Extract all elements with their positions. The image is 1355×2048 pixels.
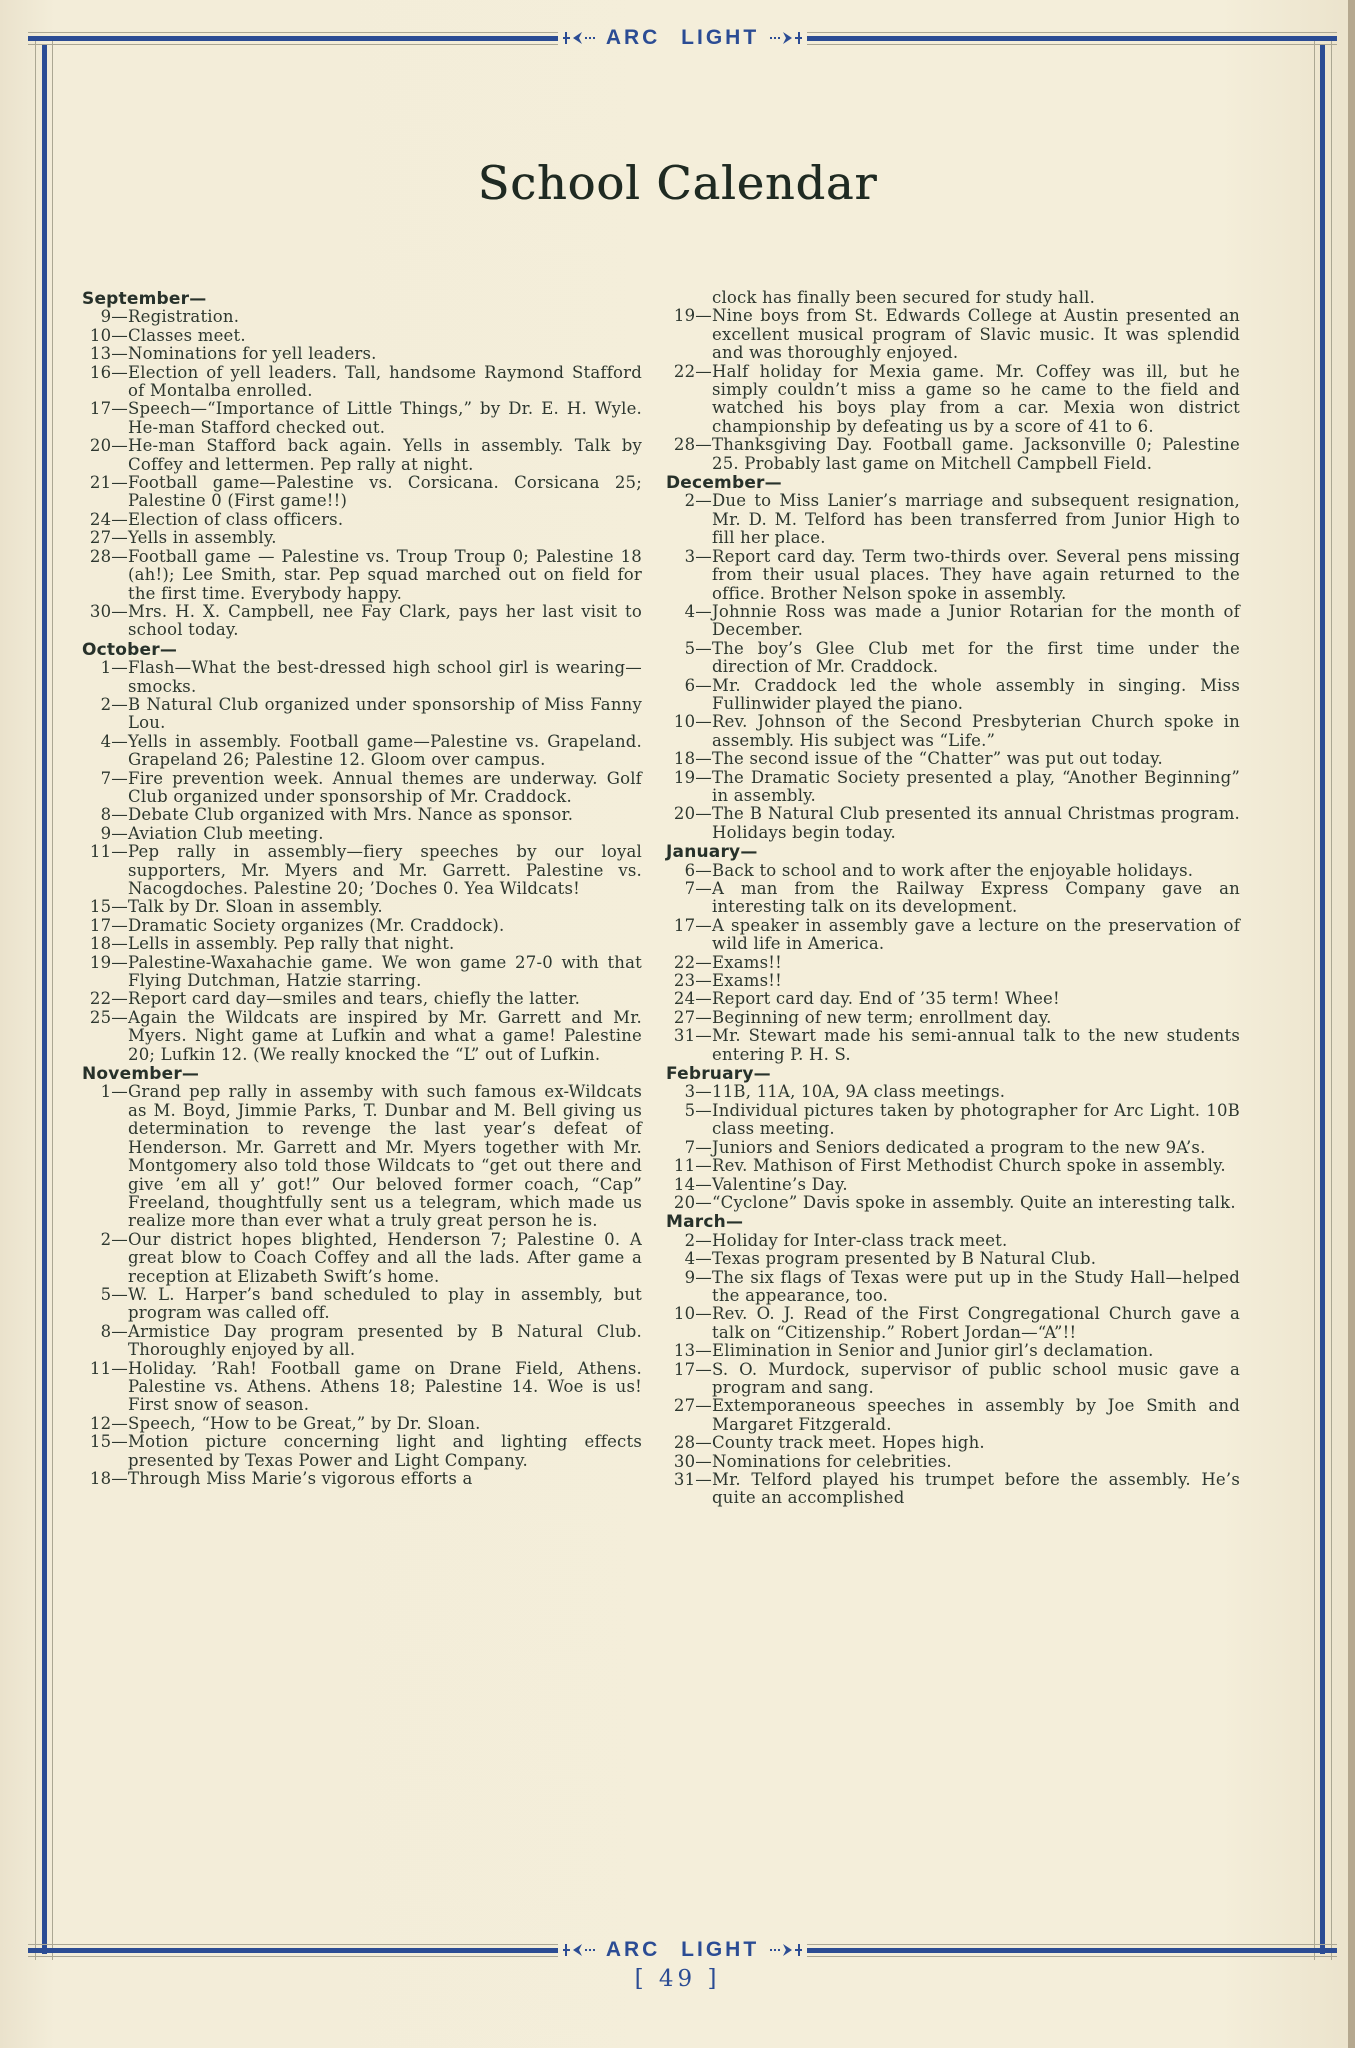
entry-day: 18— [82, 935, 128, 953]
month-heading: December— [666, 474, 1240, 492]
footer-rule-right [807, 1944, 1337, 1957]
entry-day: 30— [666, 1453, 712, 1471]
calendar-entry: 19—Nine boys from St. Edwards College at… [666, 307, 1240, 362]
entry-day: 2— [82, 696, 128, 714]
entry-text: Dramatic Society organizes (Mr. Craddock… [128, 916, 504, 935]
entry-text: Beginning of new term; enrollment day. [712, 1008, 1052, 1027]
entry-text: Palestine-Waxahachie game. We won game 2… [128, 953, 642, 990]
entry-day: 30— [82, 603, 128, 621]
entry-text: Yells in assembly. Football game—Palesti… [128, 732, 642, 769]
entry-text: Speech—“Importance of Little Things,” by… [128, 399, 642, 436]
entry-day: 6— [666, 677, 712, 695]
entry-text: Back to school and to work after the enj… [712, 861, 1193, 880]
calendar-entry: 24—Election of class officers. [82, 511, 642, 529]
entry-text: Pep rally in assembly—fiery speeches by … [128, 842, 642, 898]
calendar-column-right: clock has finally been secured for study… [666, 289, 1240, 1508]
entry-day: 7— [666, 880, 712, 898]
entry-text: Our district hopes blighted, Henderson 7… [128, 1230, 642, 1286]
entry-text: Report card day—smiles and tears, chiefl… [128, 989, 580, 1008]
entry-text: A man from the Railway Express Company g… [712, 879, 1240, 916]
entry-day: 28— [666, 436, 712, 454]
calendar-entry: 6—Back to school and to work after the e… [666, 862, 1240, 880]
entry-day: 18— [666, 750, 712, 768]
entry-text: Exams!! [712, 971, 782, 990]
month-section: September—9—Registration.10—Classes meet… [82, 290, 642, 640]
calendar-entry: 22—Half holiday for Mexia game. Mr. Coff… [666, 363, 1240, 437]
entry-text: Mr. Stewart made his semi-annual talk to… [712, 1026, 1240, 1063]
calendar-entry: 28—Football game — Palestine vs. Troup T… [82, 548, 642, 603]
entry-day: 20— [666, 805, 712, 823]
page-border-hairline-left-inner [52, 38, 53, 1960]
entry-day: 24— [666, 990, 712, 1008]
entry-text: Grand pep rally in assemby with such fam… [128, 1082, 642, 1230]
calendar-entry: 1—Flash—What the best-dressed high schoo… [82, 659, 642, 696]
entry-day: 28— [82, 548, 128, 566]
entry-text: Report card day. Term two-thirds over. S… [712, 547, 1240, 603]
entry-day: 31— [666, 1471, 712, 1489]
calendar-entry: 17—A speaker in assembly gave a lecture … [666, 917, 1240, 954]
entry-text: Talk by Dr. Sloan in assembly. [128, 897, 383, 916]
entry-day: 11— [666, 1157, 712, 1175]
entry-day: 7— [82, 770, 128, 788]
entry-text: Rev. O. J. Read of the First Congregatio… [712, 1304, 1240, 1341]
calendar-entry: 28—County track meet. Hopes high. [666, 1434, 1240, 1452]
header-title: ARC LIGHT [600, 26, 765, 50]
calendar-entry: 3—Report card day. Term two-thirds over.… [666, 548, 1240, 603]
entry-text: Texas program presented by B Natural Clu… [712, 1249, 1096, 1268]
calendar-entry: 31—Mr. Telford played his trumpet before… [666, 1471, 1240, 1508]
entry-day: 8— [82, 806, 128, 824]
calendar-entry: 31—Mr. Stewart made his semi-annual talk… [666, 1027, 1240, 1064]
entry-day: 20— [82, 437, 128, 455]
entry-text: Registration. [128, 307, 239, 326]
entry-text: Juniors and Seniors dedicated a program … [712, 1138, 1206, 1157]
entry-day: 9— [82, 825, 128, 843]
page-border-left [42, 44, 47, 1954]
calendar-entry: 3—11B, 11A, 10A, 9A class meetings. [666, 1083, 1240, 1101]
calendar-entry: 22—Report card day—smiles and tears, chi… [82, 990, 642, 1008]
header-rule-right [807, 32, 1337, 45]
entry-text: Report card day. End of ’35 term! Whee! [712, 989, 1060, 1008]
entry-text: The Dramatic Society presented a play, “… [712, 768, 1240, 805]
entry-text: Armistice Day program presented by B Nat… [128, 1322, 642, 1359]
entry-text: He-man Stafford back again. Yells in ass… [128, 436, 642, 473]
calendar-entry: 1—Grand pep rally in assemby with such f… [82, 1083, 642, 1230]
month-heading: September— [82, 290, 642, 308]
entry-text: Nominations for celebrities. [712, 1452, 952, 1471]
footer-rule-left [28, 1944, 558, 1957]
calendar-entry: 22—Exams!! [666, 954, 1240, 972]
entry-day: 17— [666, 917, 712, 935]
entry-day: 15— [82, 898, 128, 916]
entry-day: 16— [82, 364, 128, 382]
entry-text: Johnnie Ross was made a Junior Rotarian … [712, 602, 1240, 639]
calendar-entry: 18—The second issue of the “Chatter” was… [666, 750, 1240, 768]
entry-text: Motion picture concerning light and ligh… [128, 1432, 642, 1469]
footer-ornament-left-icon [562, 1942, 596, 1958]
calendar-entry: 4—Yells in assembly. Football game—Pales… [82, 733, 642, 770]
entry-text: Extemporaneous speeches in assembly by J… [712, 1396, 1240, 1433]
month-heading: February— [666, 1065, 1240, 1083]
entry-text: Election of yell leaders. Tall, handsome… [128, 363, 642, 400]
entry-text: clock has finally been secured for study… [712, 288, 1095, 307]
entry-text: Mrs. H. X. Campbell, nee Fay Clark, pays… [128, 602, 642, 639]
calendar-entry: 28—Thanksgiving Day. Football game. Jack… [666, 436, 1240, 473]
calendar-entry: 19—Palestine-Waxahachie game. We won gam… [82, 954, 642, 991]
header-ornament-right-icon [769, 30, 803, 46]
entry-day: 21— [82, 474, 128, 492]
entry-text: Election of class officers. [128, 510, 343, 529]
entry-text: W. L. Harper’s band scheduled to play in… [128, 1285, 642, 1322]
entry-text: Mr. Telford played his trumpet before th… [712, 1470, 1240, 1507]
entry-text: The second issue of the “Chatter” was pu… [712, 749, 1163, 768]
entry-day: 13— [82, 345, 128, 363]
entry-day: 19— [666, 307, 712, 325]
entry-day: 25— [82, 1009, 128, 1027]
calendar-entry: 11—Holiday. ’Rah! Football game on Drane… [82, 1360, 642, 1415]
entry-day: 1— [82, 659, 128, 677]
calendar-entry: 7—Fire prevention week. Annual themes ar… [82, 770, 642, 807]
calendar-entry: 20—“Cyclone” Davis spoke in assembly. Qu… [666, 1194, 1240, 1212]
entry-day: 2— [82, 1231, 128, 1249]
calendar-entry: 25—Again the Wildcats are inspired by Mr… [82, 1009, 642, 1064]
calendar-entry: 7—Juniors and Seniors dedicated a progra… [666, 1139, 1240, 1157]
month-section: December—2—Due to Miss Lanier’s marriage… [666, 474, 1240, 842]
month-heading: January— [666, 843, 1240, 861]
entry-day: 4— [666, 1250, 712, 1268]
calendar-entry: 15—Motion picture concerning light and l… [82, 1433, 642, 1470]
page-border-hairline-left-outer [35, 38, 36, 1960]
entry-day: 22— [666, 363, 712, 381]
entry-day: 5— [666, 1102, 712, 1120]
entry-day: 22— [666, 954, 712, 972]
calendar-entry: 4—Johnnie Ross was made a Junior Rotaria… [666, 603, 1240, 640]
entry-day: 12— [82, 1415, 128, 1433]
month-section: October—1—Flash—What the best-dressed hi… [82, 641, 642, 1064]
entry-text: The boy’s Glee Club met for the first ti… [712, 639, 1240, 676]
entry-text: S. O. Murdock, supervisor of public scho… [712, 1360, 1240, 1397]
entry-text: Through Miss Marie’s vigorous efforts a [128, 1469, 473, 1488]
calendar-entry: 18—Through Miss Marie’s vigorous efforts… [82, 1470, 642, 1488]
entry-day: 20— [666, 1194, 712, 1212]
month-section: February—3—11B, 11A, 10A, 9A class meeti… [666, 1065, 1240, 1212]
entry-day: 27— [666, 1009, 712, 1027]
calendar-entry: 10—Classes meet. [82, 327, 642, 345]
entry-day: 2— [666, 492, 712, 510]
calendar-column-left: September—9—Registration.10—Classes meet… [82, 289, 642, 1508]
entry-day: 17— [82, 400, 128, 418]
calendar-entry: 23—Exams!! [666, 972, 1240, 990]
calendar-entry: 19—The Dramatic Society presented a play… [666, 769, 1240, 806]
entry-day: 23— [666, 972, 712, 990]
calendar-entry: 30—Mrs. H. X. Campbell, nee Fay Clark, p… [82, 603, 642, 640]
calendar-entry: 4—Texas program presented by B Natural C… [666, 1250, 1240, 1268]
calendar-entry: 11—Rev. Mathison of First Methodist Chur… [666, 1157, 1240, 1175]
scan-edge-shadow [1348, 0, 1355, 2048]
month-heading: November— [82, 1065, 642, 1083]
calendar-entry: 2—Due to Miss Lanier’s marriage and subs… [666, 492, 1240, 547]
entry-day: 27— [82, 529, 128, 547]
entry-day: 19— [666, 769, 712, 787]
entry-text: Yells in assembly. [128, 528, 277, 547]
calendar-entry: 10—Rev. Johnson of the Second Presbyteri… [666, 713, 1240, 750]
calendar-entry: 15—Talk by Dr. Sloan in assembly. [82, 898, 642, 916]
entry-day: 11— [82, 1360, 128, 1378]
entry-text: The six flags of Texas were put up in th… [712, 1268, 1240, 1305]
entry-day: 2— [666, 1232, 712, 1250]
entry-text: Mr. Craddock led the whole assembly in s… [712, 676, 1240, 713]
entry-text: Rev. Johnson of the Second Presbyterian … [712, 712, 1240, 749]
entry-day: 9— [666, 1269, 712, 1287]
calendar-entry: clock has finally been secured for study… [666, 289, 1240, 307]
entry-text: Half holiday for Mexia game. Mr. Coffey … [712, 362, 1240, 436]
page-border-right [1320, 44, 1325, 1954]
month-section: March—2—Holiday for Inter-class track me… [666, 1213, 1240, 1508]
calendar-entry: 17—Dramatic Society organizes (Mr. Cradd… [82, 917, 642, 935]
calendar-entry: 8—Armistice Day program presented by B N… [82, 1323, 642, 1360]
entry-day: 31— [666, 1027, 712, 1045]
month-section: January—6—Back to school and to work aft… [666, 843, 1240, 1064]
entry-day: 24— [82, 511, 128, 529]
entry-day: 28— [666, 1434, 712, 1452]
entry-day: 3— [666, 1083, 712, 1101]
entry-day: 17— [666, 1361, 712, 1379]
calendar-entry: 12—Speech, “How to be Great,” by Dr. Slo… [82, 1415, 642, 1433]
calendar-entry: 10—Rev. O. J. Read of the First Congrega… [666, 1305, 1240, 1342]
entry-day: 10— [666, 1305, 712, 1323]
calendar-entry: 5—The boy’s Glee Club met for the first … [666, 640, 1240, 677]
entry-text: Nominations for yell leaders. [128, 344, 377, 363]
entry-day: 5— [666, 640, 712, 658]
calendar-entry: 27—Extemporaneous speeches in assembly b… [666, 1397, 1240, 1434]
month-section: November—1—Grand pep rally in assemby wi… [82, 1065, 642, 1488]
calendar-entry: 5—Individual pictures taken by photograp… [666, 1102, 1240, 1139]
entry-text: Nine boys from St. Edwards College at Au… [712, 306, 1240, 362]
calendar-entry: 20—He-man Stafford back again. Yells in … [82, 437, 642, 474]
entry-text: Classes meet. [128, 326, 246, 345]
entry-day: 11— [82, 843, 128, 861]
entry-day: 10— [82, 327, 128, 345]
calendar-entry: 20—The B Natural Club presented its annu… [666, 805, 1240, 842]
footer-rule: ARC LIGHT [28, 1938, 1337, 1962]
entry-day: 3— [666, 548, 712, 566]
calendar-entry: 16—Election of yell leaders. Tall, hands… [82, 364, 642, 401]
calendar-entry: 21—Football game—Palestine vs. Corsicana… [82, 474, 642, 511]
entry-text: Rev. Mathison of First Methodist Church … [712, 1156, 1226, 1175]
entry-day: 15— [82, 1433, 128, 1451]
month-section: clock has finally been secured for study… [666, 289, 1240, 473]
calendar-entry: 30—Nominations for celebrities. [666, 1453, 1240, 1471]
entry-text: Again the Wildcats are inspired by Mr. G… [128, 1008, 642, 1064]
entry-day: 7— [666, 1139, 712, 1157]
entry-day: 1— [82, 1083, 128, 1101]
footer-title: ARC LIGHT [600, 1938, 765, 1962]
calendar-entry: 7—A man from the Railway Express Company… [666, 880, 1240, 917]
entry-text: Football game — Palestine vs. Troup Trou… [128, 547, 642, 603]
calendar-entry: 9—Registration. [82, 308, 642, 326]
entry-day: 10— [666, 713, 712, 731]
entry-day: 17— [82, 917, 128, 935]
calendar-entry: 24—Report card day. End of ’35 term! Whe… [666, 990, 1240, 1008]
calendar-entry: 5—W. L. Harper’s band scheduled to play … [82, 1286, 642, 1323]
page-border-hairline-right-inner [1314, 38, 1315, 1960]
page-title: School Calendar [0, 156, 1355, 210]
header-rule: ARC LIGHT [28, 26, 1337, 50]
entry-text: Speech, “How to be Great,” by Dr. Sloan. [128, 1414, 481, 1433]
header-ornament-left-icon [562, 30, 596, 46]
month-heading: October— [82, 641, 642, 659]
entry-text: The B Natural Club presented its annual … [712, 804, 1240, 841]
calendar-entry: 27—Beginning of new term; enrollment day… [666, 1009, 1240, 1027]
calendar: September—9—Registration.10—Classes meet… [82, 289, 1240, 1508]
calendar-entry: 18—Lells in assembly. Pep rally that nig… [82, 935, 642, 953]
entry-text: Lells in assembly. Pep rally that night. [128, 934, 455, 953]
entry-text: Valentine’s Day. [712, 1175, 848, 1194]
header-rule-left [28, 32, 558, 45]
calendar-entry: 9—The six flags of Texas were put up in … [666, 1269, 1240, 1306]
calendar-entry: 13—Elimination in Senior and Junior girl… [666, 1342, 1240, 1360]
footer-ornament-right-icon [769, 1942, 803, 1958]
entry-text: A speaker in assembly gave a lecture on … [712, 916, 1240, 953]
entry-text: Debate Club organized with Mrs. Nance as… [128, 805, 573, 824]
calendar-entry: 6—Mr. Craddock led the whole assembly in… [666, 677, 1240, 714]
calendar-entry: 2—Our district hopes blighted, Henderson… [82, 1231, 642, 1286]
entry-day: 4— [666, 603, 712, 621]
entry-day: 13— [666, 1342, 712, 1360]
page-border-hairline-right-outer [1331, 38, 1332, 1960]
calendar-entry: 9—Aviation Club meeting. [82, 825, 642, 843]
entry-day: 4— [82, 733, 128, 751]
calendar-entry: 8—Debate Club organized with Mrs. Nance … [82, 806, 642, 824]
entry-text: Holiday for Inter-class track meet. [712, 1231, 1007, 1250]
entry-text: Exams!! [712, 953, 782, 972]
calendar-entry: 13—Nominations for yell leaders. [82, 345, 642, 363]
entry-text: Flash—What the best-dressed high school … [128, 658, 642, 695]
entry-text: B Natural Club organized under sponsorsh… [128, 695, 642, 732]
calendar-entry: 27—Yells in assembly. [82, 529, 642, 547]
calendar-entry: 2—B Natural Club organized under sponsor… [82, 696, 642, 733]
month-heading: March— [666, 1213, 1240, 1231]
entry-day: 27— [666, 1397, 712, 1415]
calendar-entry: 14—Valentine’s Day. [666, 1176, 1240, 1194]
entry-day: 6— [666, 862, 712, 880]
entry-text: 11B, 11A, 10A, 9A class meetings. [712, 1082, 1005, 1101]
calendar-entry: 17—Speech—“Importance of Little Things,”… [82, 400, 642, 437]
entry-text: Thanksgiving Day. Football game. Jackson… [712, 435, 1240, 472]
entry-day: 14— [666, 1176, 712, 1194]
page-number: [ 49 ] [0, 1966, 1355, 1992]
entry-text: Fire prevention week. Annual themes are … [128, 769, 642, 806]
entry-day: 22— [82, 990, 128, 1008]
entry-text: Individual pictures taken by photographe… [712, 1101, 1240, 1138]
entry-text: Elimination in Senior and Junior girl’s … [712, 1341, 1154, 1360]
entry-day: 8— [82, 1323, 128, 1341]
calendar-entry: 17—S. O. Murdock, supervisor of public s… [666, 1361, 1240, 1398]
calendar-entry: 11—Pep rally in assembly—fiery speeches … [82, 843, 642, 898]
entry-day: 9— [82, 308, 128, 326]
entry-day: 5— [82, 1286, 128, 1304]
entry-text: Holiday. ’Rah! Football game on Drane Fi… [128, 1359, 642, 1415]
entry-text: County track meet. Hopes high. [712, 1433, 985, 1452]
entry-text: Football game—Palestine vs. Corsicana. C… [128, 473, 642, 510]
entry-day: 19— [82, 954, 128, 972]
entry-day: 18— [82, 1470, 128, 1488]
calendar-entry: 2—Holiday for Inter-class track meet. [666, 1232, 1240, 1250]
entry-text: Aviation Club meeting. [128, 824, 324, 843]
entry-text: Due to Miss Lanier’s marriage and subseq… [712, 491, 1240, 547]
entry-text: “Cyclone” Davis spoke in assembly. Quite… [712, 1193, 1236, 1212]
